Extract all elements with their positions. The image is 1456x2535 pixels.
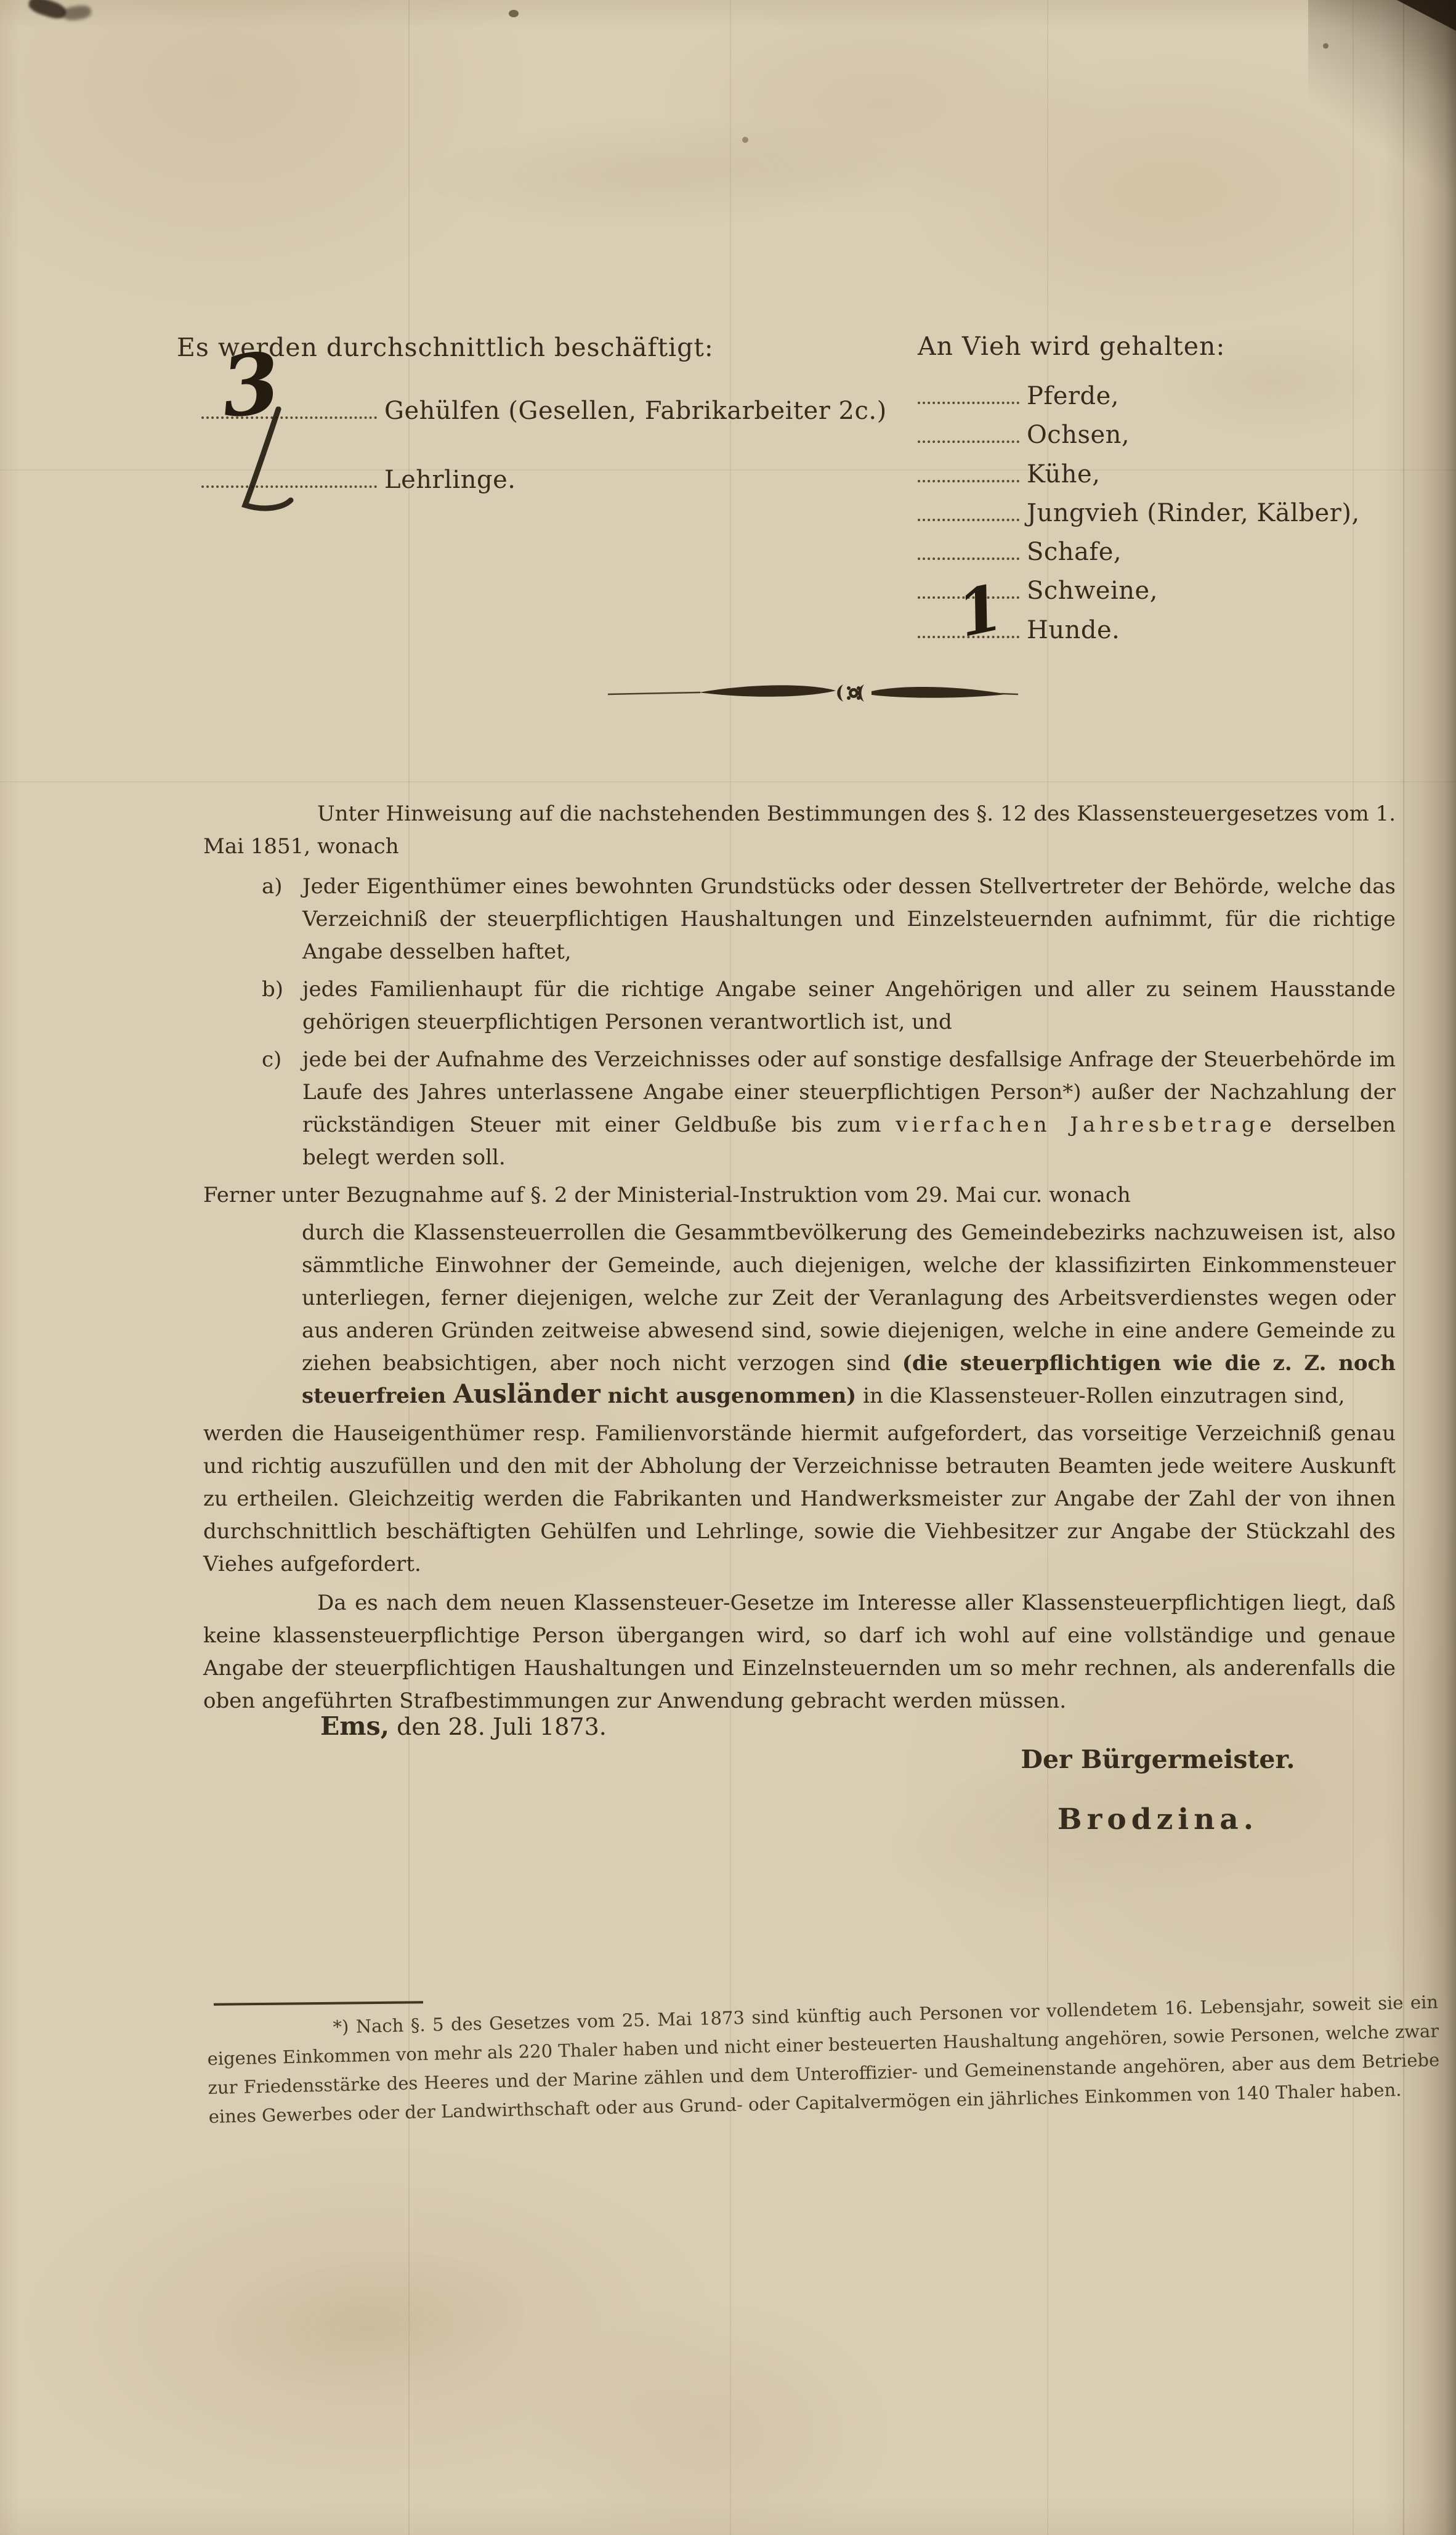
paper-speck (509, 10, 519, 17)
kuehe-fill-line[interactable] (918, 458, 1019, 482)
intro-paragraph: Unter Hinweisung auf die nachstehenden B… (203, 798, 1396, 863)
jungvieh-label: Jungvieh (Rinder, Kälber), (1027, 499, 1360, 527)
schafe-label: Schafe, (1027, 538, 1122, 566)
instruction-text-end: in die Klassensteuer-Rollen einzutragen … (856, 1384, 1345, 1408)
ochsen-label: Ochsen, (1027, 421, 1130, 449)
page-edge-fold (1403, 0, 1404, 2535)
divider-ornament (607, 679, 1019, 707)
werden-paragraph: werden die Hauseigenthümer resp. Familie… (203, 1418, 1396, 1581)
place-name: Ems, (320, 1711, 389, 1741)
ink-bleedthrough (392, 83, 939, 262)
document-page: Es werden durchschnittlich beschäftigt: … (0, 0, 1456, 2535)
pferde-label: Pferde, (1027, 382, 1119, 410)
kuehe-label: Kühe, (1027, 460, 1100, 489)
bold-clause-end: nicht ausgenommen) (601, 1384, 857, 1408)
list-item-a: a) Jeder Eigenthümer eines bewohnten Gru… (262, 870, 1396, 968)
ochsen-row: Ochsen, (918, 418, 1130, 449)
ferner-paragraph: Ferner unter Bezugnahme auf §. 2 der Min… (203, 1179, 1396, 1212)
schweine-label: Schweine, (1027, 577, 1158, 605)
lehrlinge-row: Lehrlinge. (201, 463, 516, 494)
ink-bleedthrough (1133, 290, 1417, 474)
item-a-marker: a) (262, 870, 283, 903)
da-paragraph: Da es nach dem neuen Klassensteuer-Geset… (203, 1587, 1396, 1718)
footnote-rule (214, 2001, 423, 2006)
corner-shadow (1308, 0, 1456, 265)
gehuelfen-label: Gehülfen (Gesellen, Fabrikarbeiter 2c.) (384, 397, 887, 425)
kuehe-row: Kühe, (918, 458, 1100, 489)
jungvieh-row: Jungvieh (Rinder, Kälber), (918, 497, 1360, 527)
auslaender-emphasis: Ausländer (453, 1379, 601, 1409)
instruction-block: durch die Klassensteuerrollen die Gesamm… (302, 1217, 1396, 1413)
paper-crease (0, 781, 1456, 782)
ink-smudge (27, 0, 68, 22)
pferde-fill-line[interactable] (918, 379, 1019, 404)
footnote: *) Nach §. 5 des Gesetzes vom 25. Mai 18… (206, 1988, 1441, 2131)
schafe-fill-line[interactable] (918, 535, 1019, 560)
lehrlinge-fill-line[interactable] (201, 463, 377, 488)
signature-name: Brodzina. (961, 1803, 1355, 1836)
schafe-row: Schafe, (918, 535, 1122, 566)
corner-dark-tip (1397, 0, 1456, 31)
item-a-text: Jeder Eigenthümer eines bewohnten Grunds… (302, 870, 1396, 968)
ink-bleedthrough (161, 2186, 578, 2460)
pferde-row: Pferde, (918, 379, 1119, 410)
ochsen-fill-line[interactable] (918, 418, 1019, 443)
livestock-section: An Vieh wird gehalten: Pferde, Ochsen, K… (918, 331, 1456, 361)
ink-smudge (62, 4, 92, 22)
item-c-emphasis: vierfachen Jahresbetrage (896, 1113, 1276, 1137)
item-c-text: jede bei der Aufnahme des Verzeichnisses… (302, 1044, 1396, 1174)
gehuelfen-row: Gehülfen (Gesellen, Fabrikarbeiter 2c.) (201, 394, 887, 425)
lettered-list: a) Jeder Eigenthümer eines bewohnten Gru… (262, 870, 1396, 1174)
item-b-marker: b) (262, 973, 283, 1006)
signature-block: Der Bürgermeister. Brodzina. (961, 1745, 1355, 1836)
list-item-b: b) jedes Familienhaupt für die richtige … (262, 973, 1396, 1039)
lehrlinge-label: Lehrlinge. (384, 466, 516, 494)
livestock-heading: An Vieh wird gehalten: (918, 331, 1456, 361)
body-text: Unter Hinweisung auf die nachstehenden B… (203, 798, 1396, 1718)
item-b-text: jedes Familienhaupt für die richtige Ang… (302, 973, 1396, 1039)
handwritten-gehuelfen-count: 3 (217, 333, 285, 437)
footnote-text: Nach §. 5 des Gesetzes vom 25. Mai 1873 … (207, 1992, 1439, 2127)
hunde-label: Hunde. (1027, 616, 1120, 644)
item-c-marker: c) (262, 1044, 281, 1076)
dateline: Ems, den 28. Juli 1873. (320, 1711, 607, 1741)
signature-title: Der Bürgermeister. (961, 1745, 1355, 1774)
jungvieh-fill-line[interactable] (918, 497, 1019, 521)
footnote-marker: *) (333, 2016, 349, 2038)
date-text: den 28. Juli 1873. (389, 1713, 607, 1740)
paper-speck (742, 137, 748, 143)
hunde-row: Hunde. (918, 614, 1120, 644)
paper-speck (1323, 43, 1329, 49)
list-item-c: c) jede bei der Aufnahme des Verzeichnis… (262, 1044, 1396, 1174)
